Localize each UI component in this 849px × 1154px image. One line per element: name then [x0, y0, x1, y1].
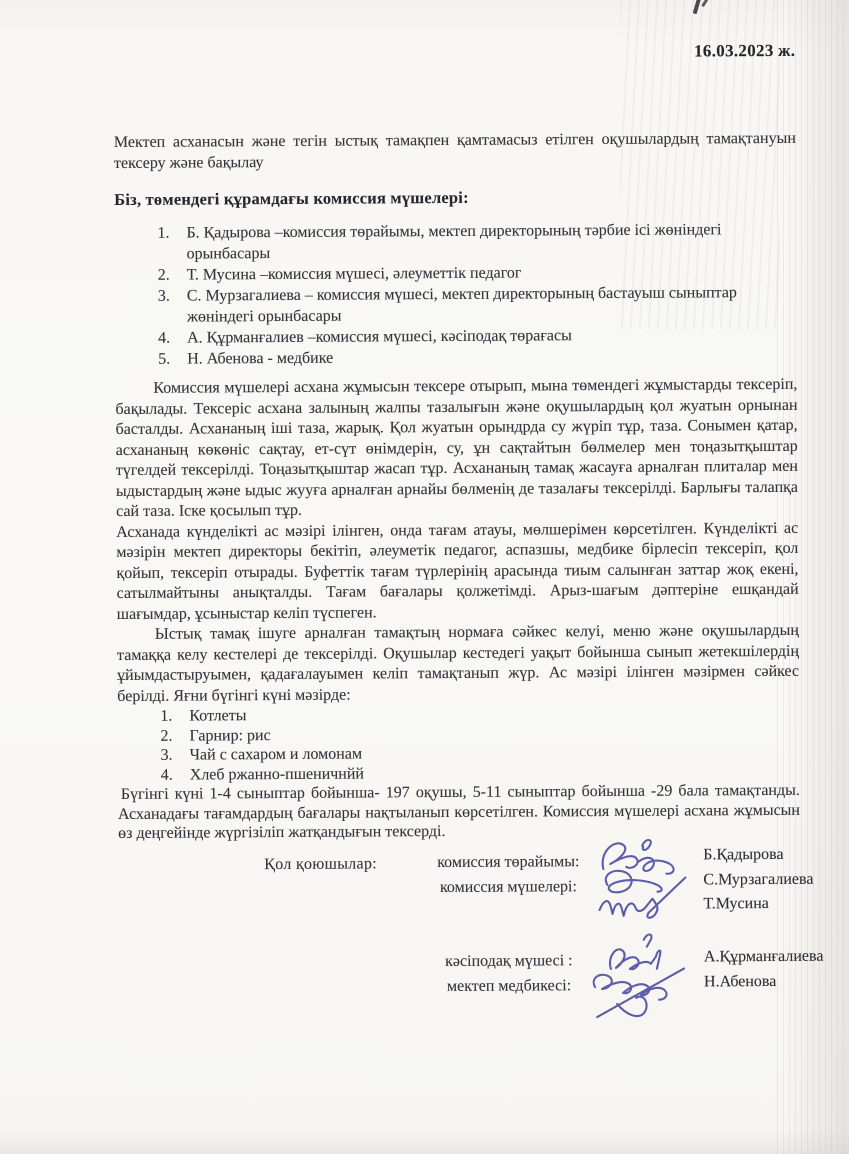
signature-kurmangalieva — [610, 934, 661, 969]
document-date: 16.03.2023 ж. — [113, 41, 795, 65]
body-paragraph-3: Ыстық тамақ ішуге арналған тамақтың норм… — [117, 621, 799, 707]
signature-kadyrova — [603, 840, 674, 874]
signer-name-kurmangalieva: А.Құрманғалиева — [704, 944, 824, 970]
signature-section: Қол қоюшылар: комиссия төрайымы: комисси… — [118, 796, 802, 1154]
signature-names-block-1: Б.Қадырова С.Мурзагалиева Т.Мусина — [703, 843, 813, 917]
role-school-nurse: мектеп медбикесі: — [427, 973, 591, 999]
commission-members-list: Б. Қадырова –комиссия төрайымы, мектеп д… — [114, 219, 797, 370]
body-paragraph-1: Комиссия мүшелері асхана жұмысын тексере… — [115, 375, 798, 523]
signature-names-block-2: А.Құрманғалиева Н.Абенова — [704, 944, 824, 995]
signers-label: Қол қоюшылар: — [264, 855, 377, 874]
signer-name-musina: Т.Мусина — [703, 892, 813, 917]
role-commission-chair: комиссия төрайымы: — [426, 849, 590, 875]
signature-cluster-1 — [593, 832, 709, 930]
signature-murzagalieva — [606, 871, 662, 893]
signature-cluster-2 — [587, 926, 718, 1029]
signer-name-kadyrova: Б.Қадырова — [703, 843, 813, 868]
role-commission-members: комиссия мүшелері: — [426, 874, 590, 900]
menu-item-4: Хлеб ржанно-пшеничнйй — [118, 761, 800, 785]
commission-heading: Біз, төмендегі құрамдағы комиссия мүшеле… — [114, 186, 796, 210]
commission-member-5: Н. Абенова - медбике — [115, 345, 797, 370]
signature-roles-block-2: кәсіподақ мүшесі : мектеп медбикесі: — [427, 948, 591, 999]
body-paragraph-2: Асханада күнделікті ас мәзірі ілінген, о… — [116, 518, 799, 625]
signer-name-murzagalieva: С.Мурзагалиева — [703, 867, 813, 892]
signature-abenova — [594, 969, 685, 1018]
commission-member-3: С. Мурзагалиева – комиссия мүшесі, мекте… — [115, 282, 797, 328]
daily-menu-list: Котлеты Гарнир: рис Чай с сахаром и ломо… — [117, 703, 799, 785]
scanned-document-page: 16.03.2023 ж. Мектеп асханасын және тегі… — [0, 0, 849, 1154]
document-content: 16.03.2023 ж. Мектеп асханасын және тегі… — [113, 0, 802, 1154]
signer-name-abenova: Н.Абенова — [704, 969, 824, 995]
signature-roles-block-1: комиссия төрайымы: комиссия мүшелері: — [426, 849, 590, 900]
document-title: Мектеп асханасын және тегін ыстық тамақп… — [114, 128, 796, 174]
role-union-member: кәсіподақ мүшесі : — [427, 948, 591, 974]
commission-member-1: Б. Қадырова –комиссия төрайымы, мектеп д… — [114, 219, 796, 265]
